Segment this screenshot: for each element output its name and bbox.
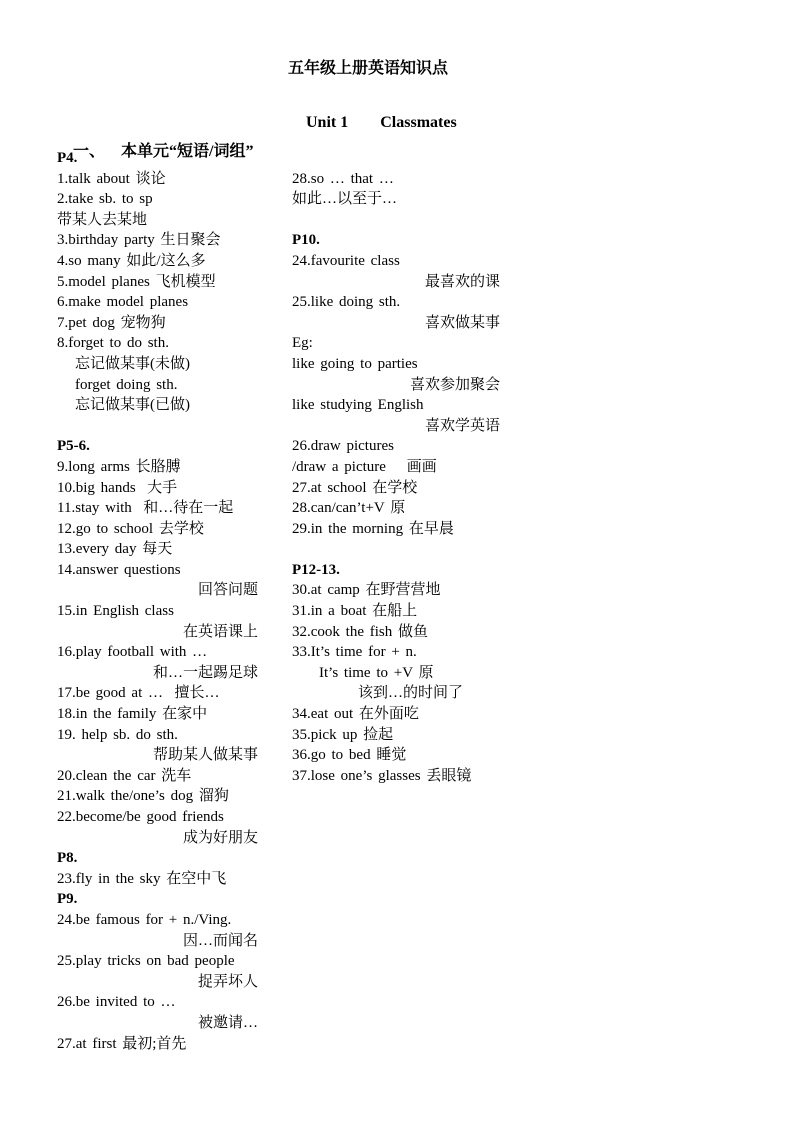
phrase-line: 忘记做某事(未做) — [57, 354, 292, 375]
unit-label: Unit 1 — [306, 114, 348, 131]
phrase-line: 7.pet dog 宠物狗 — [57, 313, 292, 334]
unit-heading: Unit 1Classmates — [290, 93, 457, 153]
phrase-line: /draw a picture 画画 — [292, 457, 522, 478]
page-ref-heading: P8. — [57, 848, 292, 869]
phrase-line: 因…而闻名 — [57, 931, 292, 952]
phrase-line: 31.in a boat 在船上 — [292, 601, 522, 622]
phrase-line: 18.in the family 在家中 — [57, 704, 292, 725]
page-ref-heading: P9. — [57, 889, 292, 910]
phrase-line: 24.be famous for + n./Ving. — [57, 910, 292, 931]
phrase-line: 13.every day 每天 — [57, 539, 292, 560]
phrase-line: 37.lose one’s glasses 丢眼镜 — [292, 766, 522, 787]
phrase-line: 32.cook the fish 做鱼 — [292, 622, 522, 643]
phrase-line: forget doing sth. — [57, 375, 292, 396]
phrase-line: 喜欢做某事 — [292, 313, 522, 334]
phrase-column-left: P4.1.talk about 谈论2.take sb. to sp带某人去某地… — [57, 148, 292, 1054]
blank-line — [292, 148, 522, 169]
phrase-line: 22.become/be good friends — [57, 807, 292, 828]
phrase-line: like going to parties — [292, 354, 522, 375]
phrase-line: 34.eat out 在外面吃 — [292, 704, 522, 725]
blank-line — [292, 539, 522, 560]
page-ref-heading: P5-6. — [57, 436, 292, 457]
phrase-line: 35.pick up 捡起 — [292, 725, 522, 746]
phrase-line: 28.can/can’t+V 原 — [292, 498, 522, 519]
phrase-line: 10.big hands 大手 — [57, 478, 292, 499]
phrase-line: 5.model planes 飞机模型 — [57, 272, 292, 293]
phrase-line: 12.go to school 去学校 — [57, 519, 292, 540]
phrase-column-right: 28.so … that …如此…以至于… P10.24.favourite c… — [292, 148, 522, 786]
phrase-line: 14.answer questions — [57, 560, 292, 581]
page-ref-heading: P10. — [292, 230, 522, 251]
phrase-line: 26.be invited to … — [57, 992, 292, 1013]
phrase-line: 21.walk the/one’s dog 溜狗 — [57, 786, 292, 807]
phrase-line: 25.play tricks on bad people — [57, 951, 292, 972]
unit-name: Classmates — [380, 114, 456, 131]
phrase-line: 33.It’s time for + n. — [292, 642, 522, 663]
phrase-line: 20.clean the car 洗车 — [57, 766, 292, 787]
phrase-line: 和…一起踢足球 — [57, 663, 292, 684]
phrase-line: 29.in the morning 在早晨 — [292, 519, 522, 540]
phrase-line: 9.long arms 长胳膊 — [57, 457, 292, 478]
page-ref-heading: P4. — [57, 148, 292, 169]
phrase-line: 4.so many 如此/这么多 — [57, 251, 292, 272]
document-page: 五年级上册英语知识点 Unit 1Classmates 一、本单元“短语/词组”… — [0, 0, 793, 1122]
phrase-line: 23.fly in the sky 在空中飞 — [57, 869, 292, 890]
phrase-line: 捉弄坏人 — [57, 972, 292, 993]
phrase-line: It’s time to +V 原 — [292, 663, 522, 684]
phrase-line: 24.favourite class — [292, 251, 522, 272]
page-title: 五年级上册英语知识点 — [288, 59, 448, 79]
phrase-line: 回答问题 — [57, 580, 292, 601]
phrase-line: 最喜欢的课 — [292, 272, 522, 293]
phrase-line: 27.at first 最初;首先 — [57, 1034, 292, 1055]
phrase-line: 喜欢参加聚会 — [292, 375, 522, 396]
phrase-line: 19. help sb. do sth. — [57, 725, 292, 746]
phrase-line: 11.stay with 和…待在一起 — [57, 498, 292, 519]
phrase-line: 36.go to bed 睡觉 — [292, 745, 522, 766]
phrase-line: 1.talk about 谈论 — [57, 169, 292, 190]
blank-line — [292, 210, 522, 231]
phrase-line: 被邀请… — [57, 1013, 292, 1034]
phrase-line: 带某人去某地 — [57, 210, 292, 231]
phrase-line: 忘记做某事(已做) — [57, 395, 292, 416]
phrase-line: 30.at camp 在野营营地 — [292, 580, 522, 601]
phrase-line: like studying English — [292, 395, 522, 416]
phrase-line: 27.at school 在学校 — [292, 478, 522, 499]
phrase-line: 15.in English class — [57, 601, 292, 622]
phrase-line: 3.birthday party 生日聚会 — [57, 230, 292, 251]
phrase-line: 在英语课上 — [57, 622, 292, 643]
phrase-line: 17.be good at … 擅长… — [57, 683, 292, 704]
phrase-line: 成为好朋友 — [57, 828, 292, 849]
phrase-line: 帮助某人做某事 — [57, 745, 292, 766]
phrase-line: 该到…的时间了 — [292, 683, 522, 704]
phrase-line: 28.so … that … — [292, 169, 522, 190]
phrase-line: 如此…以至于… — [292, 189, 522, 210]
phrase-line: 6.make model planes — [57, 292, 292, 313]
phrase-line: 8.forget to do sth. — [57, 333, 292, 354]
phrase-line: 25.like doing sth. — [292, 292, 522, 313]
phrase-line: 2.take sb. to sp — [57, 189, 292, 210]
blank-line — [57, 416, 292, 437]
phrase-line: 喜欢学英语 — [292, 416, 522, 437]
phrase-line: 26.draw pictures — [292, 436, 522, 457]
phrase-line: 16.play football with … — [57, 642, 292, 663]
phrase-line: Eg: — [292, 333, 522, 354]
page-ref-heading: P12-13. — [292, 560, 522, 581]
